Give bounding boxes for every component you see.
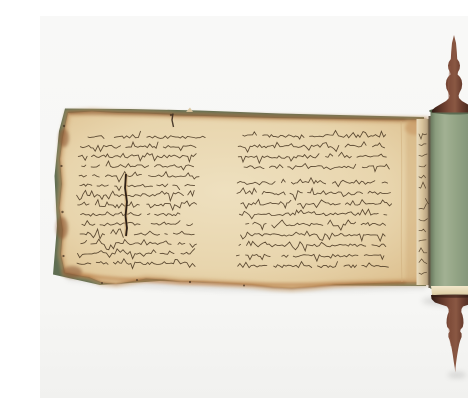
scroll-photograph — [40, 16, 468, 398]
paper-crease — [401, 121, 402, 282]
parchment-sheet — [56, 108, 429, 289]
roller-cloth — [431, 110, 468, 289]
scroll-artwork — [40, 16, 468, 398]
roller — [429, 108, 468, 300]
roll-gap-shadow — [429, 116, 431, 288]
center-tear — [125, 174, 127, 236]
